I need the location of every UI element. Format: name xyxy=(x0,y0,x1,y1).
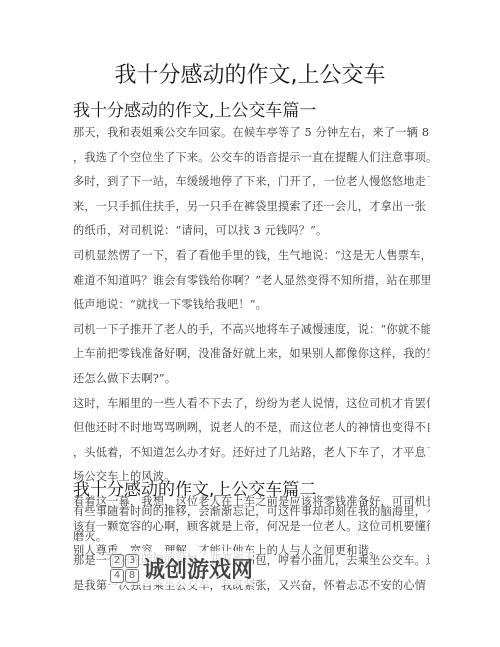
watermark-digit: 4 xyxy=(110,569,124,583)
watermark-digit: 2 xyxy=(110,554,124,568)
text-line: 难道不知道吗？谁会有零钱给你啊？”老人显然变得不知所措，站在那里， xyxy=(73,269,430,294)
text-line: 低声地说：“就找一下零钱给我吧！”。 xyxy=(73,293,430,318)
text-line: 磨灭。 xyxy=(73,525,430,550)
text-line: 的纸币，对司机说：“请问，可以找 3 元钱吗？”。 xyxy=(73,219,430,244)
text-line: 司机显然愣了一下，看了看他手里的钱，生气地说：“这是无人售票车，你 xyxy=(73,244,430,269)
text-line: 来，一只手抓住扶手，另一只手在裤袋里摸索了还一会儿，才拿出一张 5 元 xyxy=(73,195,430,220)
text-line: 这时，车厢里的一些人看不下去了，纷纷为老人说情，这位司机才肯罢休， xyxy=(73,392,430,417)
section-heading-2: 我十分感动的作文,上公交车篇二 xyxy=(73,475,316,500)
section-heading-1: 我十分感动的作文,上公交车篇一 xyxy=(73,96,316,121)
text-line: ，我选了个空位坐了下来。公交车的语音提示一直在提醒人们注意事项。不 xyxy=(73,146,430,171)
document-title: 我十分感动的作文,上公交车 xyxy=(0,58,500,89)
watermark-digit: 3 xyxy=(125,554,139,568)
text-line: 上车前把零钱准备好啊，没准备好就上来，如果别人都像你这样，我的生意 xyxy=(73,342,430,367)
text-line: 多时，到了下一站，车缓缓地停了下来，门开了，一位老人慢悠悠地走了进 xyxy=(73,170,430,195)
text-line: 还怎么做下去啊?”。 xyxy=(73,367,430,392)
watermark-logo-icon: 2 3 4 8 xyxy=(110,554,139,583)
text-line: 那天，我和表姐乘公交车回家。在候车亭等了 5 分钟左右，来了一辆 8 路车 xyxy=(73,121,430,146)
watermark-digit: 8 xyxy=(125,569,139,583)
document-page: 我十分感动的作文,上公交车 我十分感动的作文,上公交车篇一 那天，我和表姐乘公交… xyxy=(0,0,500,647)
site-watermark: 2 3 4 8 诚创游戏网 xyxy=(110,551,253,585)
watermark-text: 诚创游戏网 xyxy=(143,553,253,584)
text-line: 司机一下子推开了老人的手，不高兴地将车子减慢速度，说：“你就不能在 xyxy=(73,318,430,343)
text-line: ，头低着，不知道怎么办才好。还好过了几站路，老人下车了，才平息了这 xyxy=(73,441,430,466)
text-line: 有些事随着时间的推移，会渐渐忘记，可这件事却印刻在我的脑海里，不可 xyxy=(73,500,430,525)
text-line: 但他还时不时地骂骂咧咧，说老人的不是，而这位老人的神情也变得不自然 xyxy=(73,416,430,441)
